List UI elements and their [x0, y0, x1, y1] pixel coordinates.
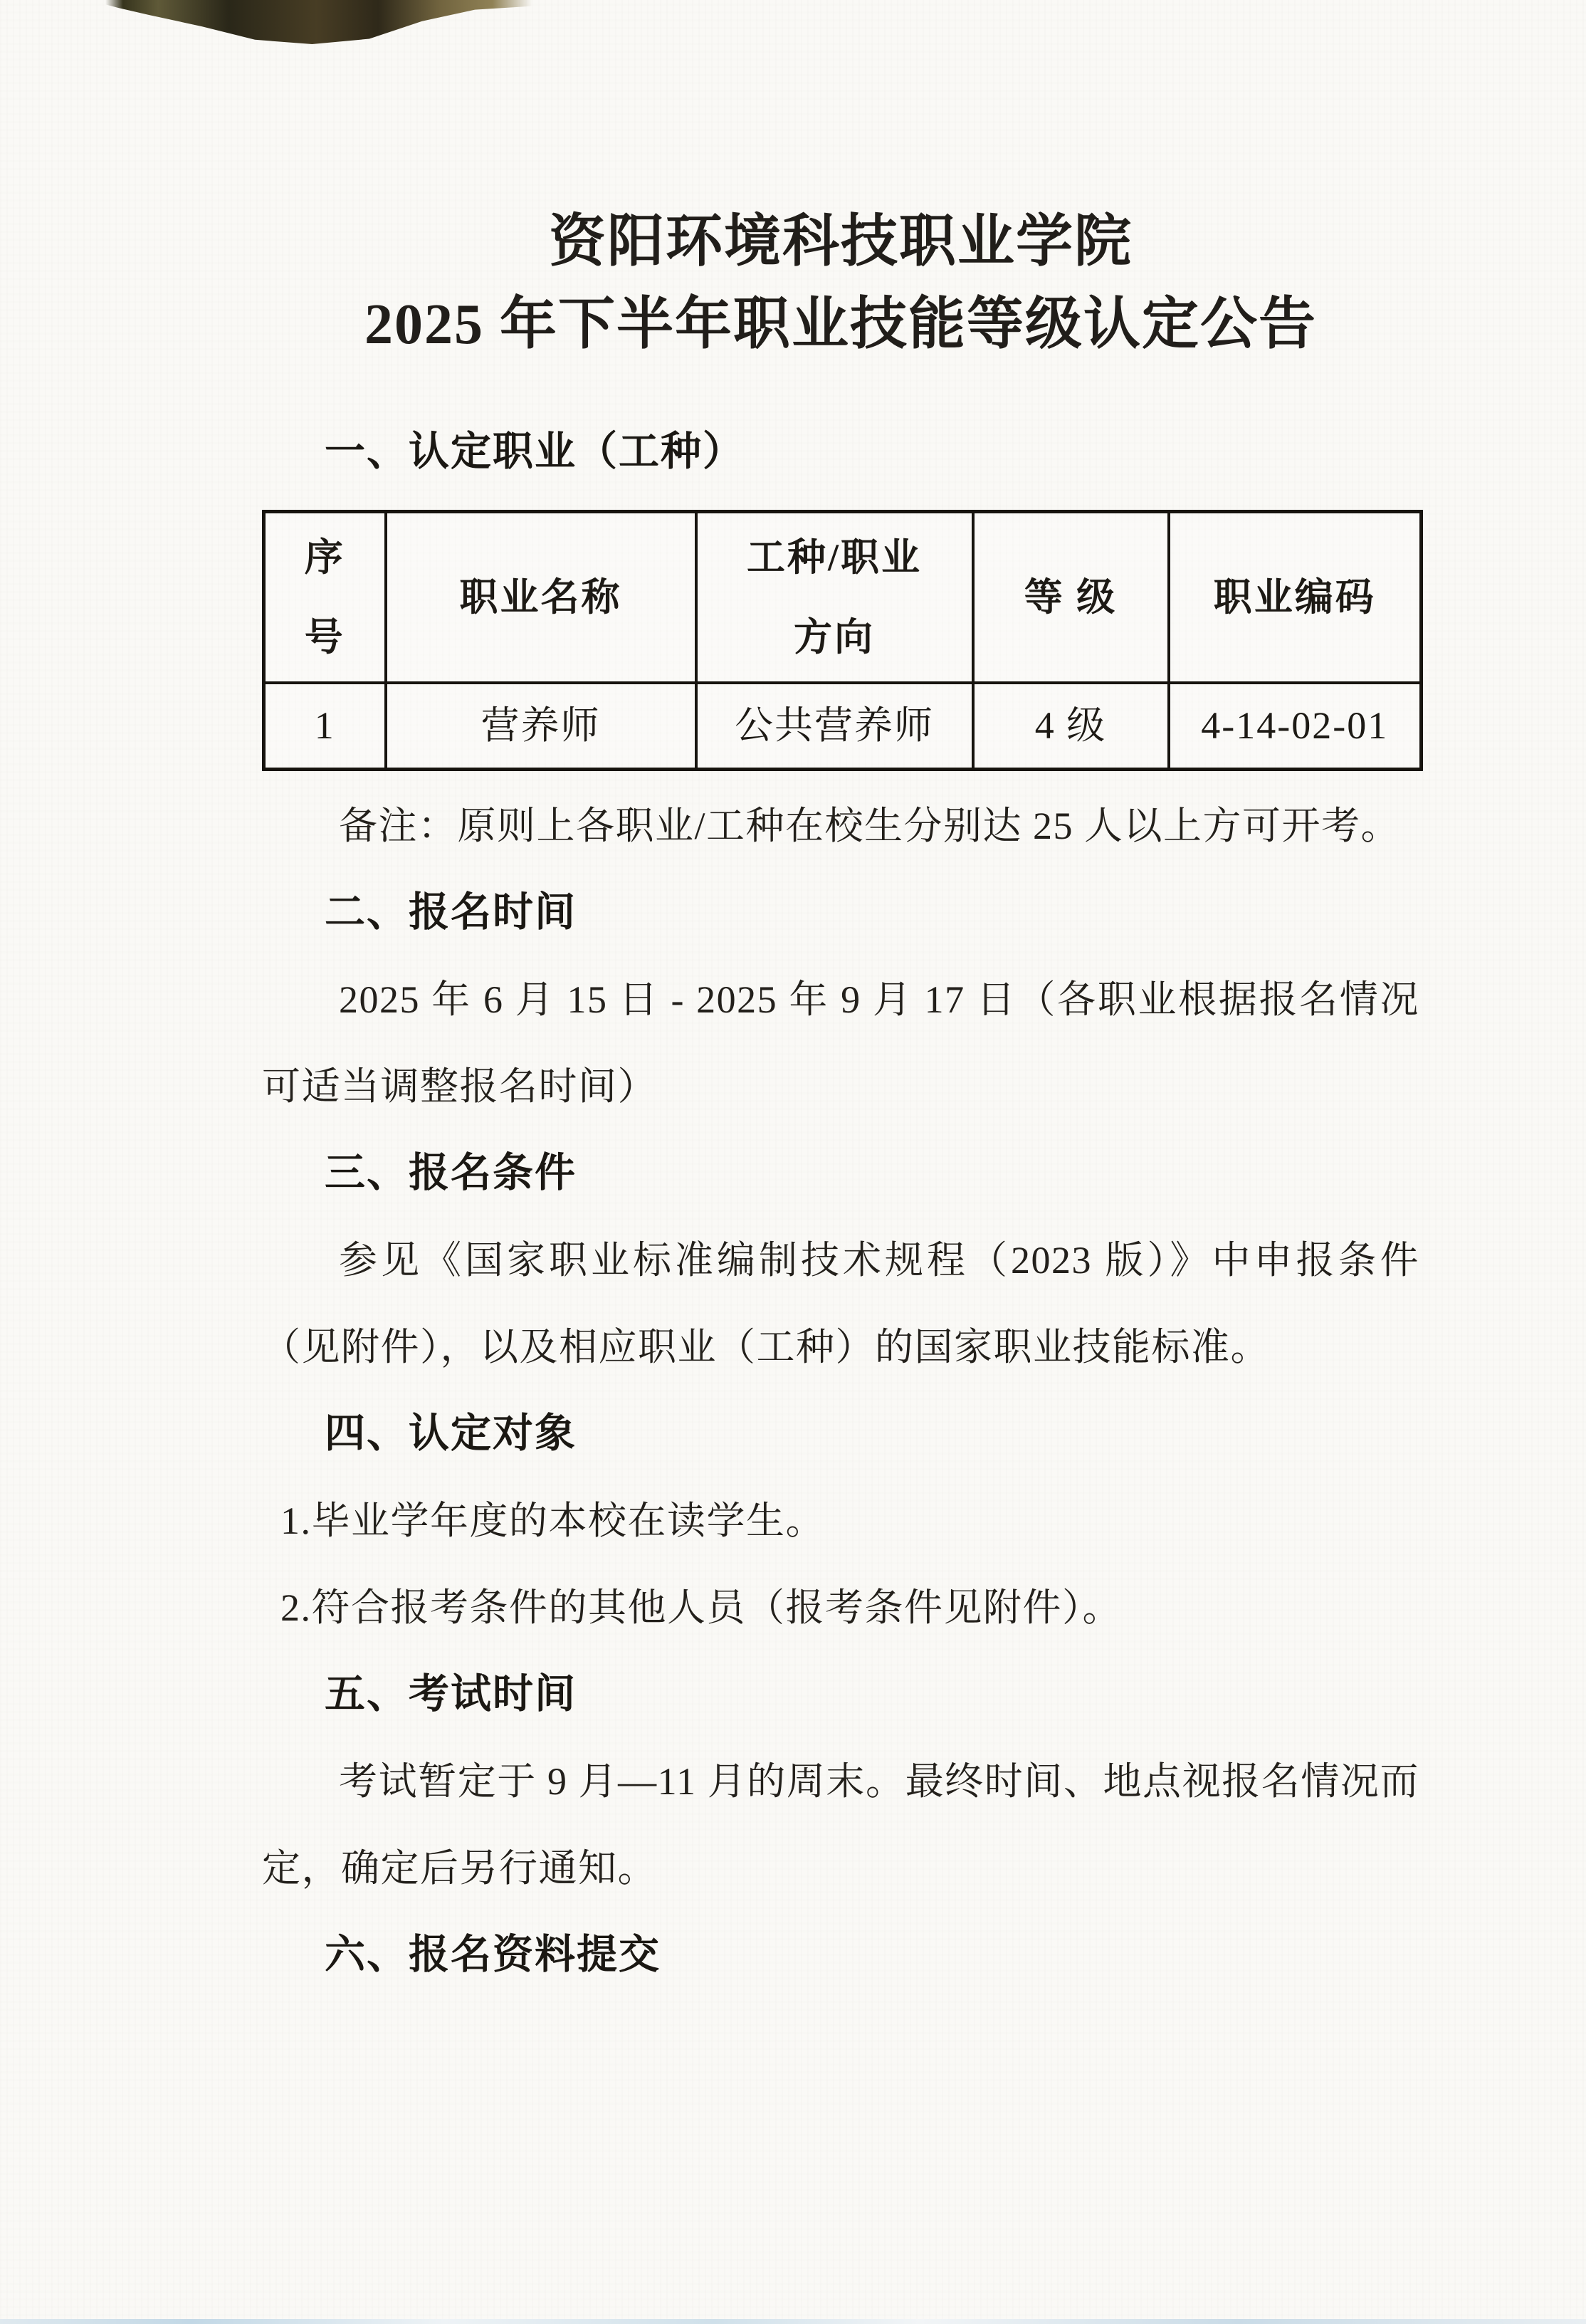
occupations-table-header: 序 号 职业名称 工种/职业 方向 等 级 职业编码: [264, 512, 1422, 683]
header-work-type-direction-label: 工种/职业 方向: [747, 518, 922, 677]
section2-body: 2025 年 6 月 15 日 - 2025 年 9 月 17 日（各职业根据报…: [262, 956, 1419, 1130]
header-occupation-code-label: 职业编码: [1214, 558, 1376, 637]
cell-occupation-code-value: 4-14-02-01: [1201, 687, 1388, 764]
header-occupation-code: 职业编码: [1169, 512, 1422, 683]
cell-occupation-name: 营养师: [386, 683, 696, 770]
table-row: 1 营养师 公共营养师 4 级 4-14-02-01: [264, 683, 1422, 770]
header-level-label: 等 级: [1024, 558, 1118, 637]
section4-item1: 1.毕业学年度的本校在读学生。: [262, 1477, 1419, 1564]
header-occupation-name: 职业名称: [386, 512, 696, 683]
occupations-table: 序 号 职业名称 工种/职业 方向 等 级 职业编码 1 营养师 公共营养师 4…: [262, 510, 1423, 771]
header-serial-number: 序 号: [264, 512, 386, 683]
cell-occupation-code: 4-14-02-01: [1169, 683, 1422, 770]
section3-heading: 三、报名条件: [262, 1130, 1419, 1217]
cell-serial-number: 1: [264, 683, 386, 770]
document-title-line1: 资阳环境科技职业学院: [262, 201, 1419, 283]
occupations-table-body: 1 营养师 公共营养师 4 级 4-14-02-01: [264, 683, 1422, 770]
cell-level-value: 4 级: [1035, 687, 1107, 764]
table-note: 备注：原则上各职业/工种在校生分别达 25 人以上方可开考。: [262, 782, 1419, 869]
section6-heading: 六、报名资料提交: [262, 1912, 1419, 1999]
document-title-line2: 2025 年下半年职业技能等级认定公告: [262, 283, 1419, 366]
section2-heading: 二、报名时间: [262, 869, 1419, 956]
header-occupation-name-label: 职业名称: [460, 558, 622, 637]
scanner-bottom-line-artifact: [0, 2319, 1586, 2324]
header-serial-number-label: 序 号: [305, 518, 345, 677]
section4-heading: 四、认定对象: [262, 1391, 1419, 1477]
cell-work-type-direction: 公共营养师: [696, 683, 973, 770]
cell-occupation-name-value: 营养师: [481, 687, 601, 764]
header-level: 等 级: [973, 512, 1169, 683]
table-header-row: 序 号 职业名称 工种/职业 方向 等 级 职业编码: [264, 512, 1422, 683]
section1-heading: 一、认定职业（工种）: [262, 409, 1419, 496]
cell-work-type-direction-value: 公共营养师: [735, 687, 934, 764]
header-work-type-direction: 工种/职业 方向: [696, 512, 973, 683]
cell-serial-number-value: 1: [315, 687, 335, 764]
document-content: 资阳环境科技职业学院 2025 年下半年职业技能等级认定公告 一、认定职业（工种…: [262, 0, 1419, 1999]
cell-level: 4 级: [973, 683, 1169, 770]
section5-heading: 五、考试时间: [262, 1651, 1419, 1738]
scanned-document-page: 资阳环境科技职业学院 2025 年下半年职业技能等级认定公告 一、认定职业（工种…: [0, 0, 1586, 2324]
section3-body: 参见《国家职业标准编制技术规程（2023 版）》中申报条件（见附件），以及相应职…: [262, 1217, 1419, 1391]
section5-body: 考试暂定于 9 月—11 月的周末。最终时间、地点视报名情况而定，确定后另行通知…: [262, 1738, 1419, 1912]
section4-item2: 2.符合报考条件的其他人员（报考条件见附件）。: [262, 1564, 1419, 1651]
